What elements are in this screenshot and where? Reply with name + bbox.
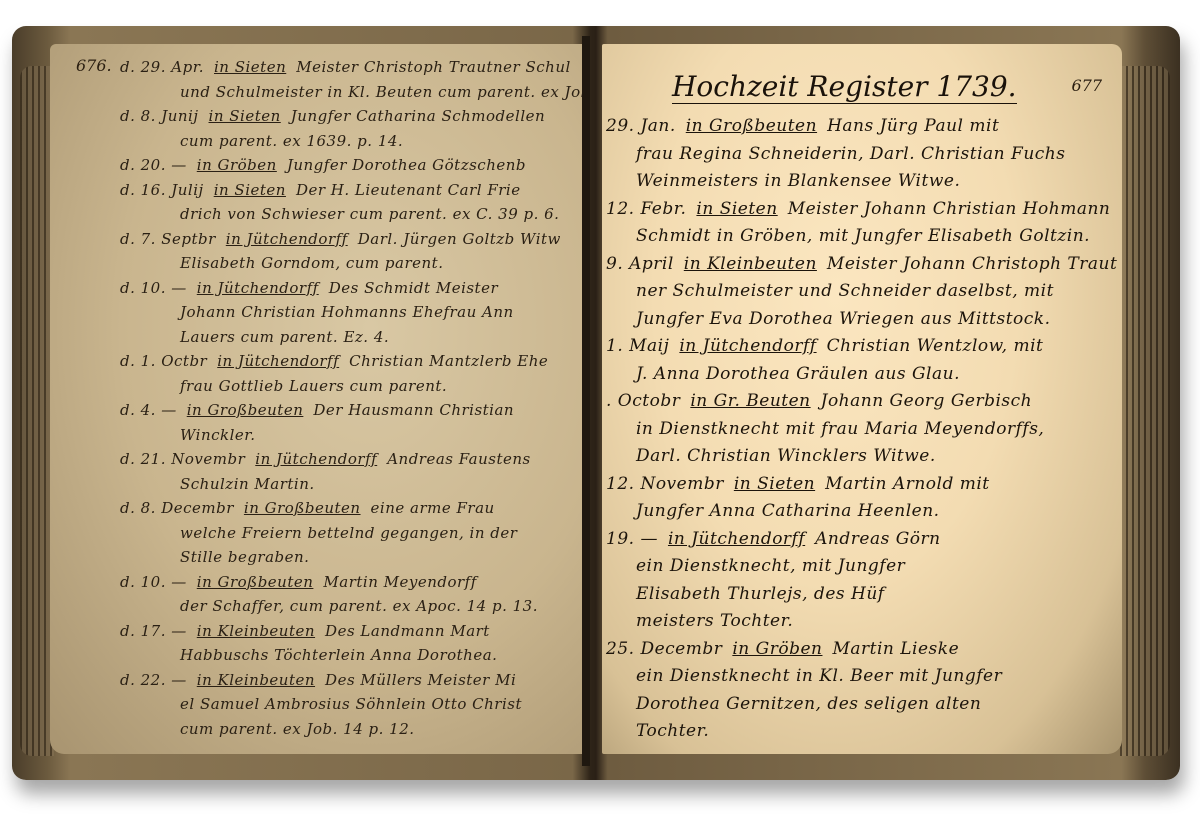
register-entry-line: d. 22. —in KleinbeutenDes Müllers Meiste… — [120, 671, 516, 689]
entry-text: Jungfer Eva Dorothea Wriegen aus Mittsto… — [636, 309, 1051, 329]
entry-date: d. 17. — — [120, 622, 187, 640]
right-page-number: 677 — [1071, 76, 1102, 95]
entry-text: ein Dienstknecht in Kl. Beer mit Jungfer — [636, 666, 1002, 686]
entry-place: in Sieten — [209, 107, 281, 125]
register-entry-line: Habbuschs Töchterlein Anna Dorothea. — [180, 646, 497, 664]
entry-date: 19. — — [606, 529, 658, 549]
register-entry-line: el Samuel Ambrosius Söhnlein Otto Christ — [180, 695, 522, 713]
entry-text: Martin Arnold mit — [825, 474, 990, 494]
entry-text: eine arme Frau — [371, 499, 495, 517]
entry-text: Johann Georg Gerbisch — [821, 391, 1033, 411]
entry-text: Schulzin Martin. — [180, 475, 315, 493]
register-entry-line: d. 10. —in JütchendorffDes Schmidt Meist… — [120, 279, 498, 297]
register-entry-line: Stille begraben. — [180, 548, 309, 566]
entry-text: Des Müllers Meister Mi — [325, 671, 516, 689]
entry-date: 1. Maij — [606, 336, 669, 356]
entry-text: Darl. Christian Wincklers Witwe. — [636, 446, 936, 466]
entry-date: 29. Jan. — [606, 116, 676, 136]
register-entry-line: Elisabeth Thurlejs, des Hüf — [636, 584, 885, 604]
register-entry-line: ein Dienstknecht, mit Jungfer — [636, 556, 905, 576]
left-page-edges — [20, 66, 54, 756]
entry-text: J. Anna Dorothea Gräulen aus Glau. — [636, 364, 960, 384]
register-entry-line: Schmidt in Gröben, mit Jungfer Elisabeth… — [636, 226, 1090, 246]
register-entry-line: drich von Schwieser cum parent. ex C. 39… — [180, 205, 559, 223]
entry-place: in Sieten — [214, 181, 286, 199]
register-entry-line: 12. Novembrin SietenMartin Arnold mit — [606, 474, 990, 494]
register-entry-line: der Schaffer, cum parent. ex Apoc. 14 p.… — [180, 597, 538, 615]
left-page: 676. d. 29. Apr.in SietenMeister Christo… — [50, 44, 584, 754]
register-entry-line: d. 17. —in KleinbeutenDes Landmann Mart — [120, 622, 490, 640]
entry-text: Andreas Görn — [815, 529, 940, 549]
register-entry-line: Elisabeth Gorndom, cum parent. — [180, 254, 443, 272]
entry-place: in Großbeuten — [197, 573, 314, 591]
register-entry-line: Jungfer Anna Catharina Heenlen. — [636, 501, 940, 521]
entry-text: Habbuschs Töchterlein Anna Dorothea. — [180, 646, 497, 664]
register-entry-line: d. 20. —in GröbenJungfer Dorothea Götzsc… — [120, 156, 526, 174]
entry-text: Schmidt in Gröben, mit Jungfer Elisabeth… — [636, 226, 1090, 246]
entry-date: d. 20. — — [120, 156, 187, 174]
entry-text: Meister Johann Christoph Traut — [827, 254, 1117, 274]
entry-text: Jungfer Anna Catharina Heenlen. — [636, 501, 940, 521]
open-book: 676. d. 29. Apr.in SietenMeister Christo… — [12, 26, 1180, 780]
entry-place: in Jütchendorff — [255, 450, 377, 468]
entry-text: Christian Wentzlow, mit — [827, 336, 1044, 356]
entry-text: Martin Lieske — [832, 639, 959, 659]
entry-text: Tochter. — [636, 721, 709, 741]
entry-text: frau Regina Schneiderin, Darl. Christian… — [636, 144, 1065, 164]
entry-place: in Jütchendorff — [668, 529, 805, 549]
register-entry-line: d. 29. Apr.in SietenMeister Christoph Tr… — [120, 58, 571, 76]
entry-text: der Schaffer, cum parent. ex Apoc. 14 p.… — [180, 597, 538, 615]
entry-place: in Kleinbeuten — [197, 671, 315, 689]
entry-text: Andreas Faustens — [387, 450, 531, 468]
register-entry-line: 9. Aprilin KleinbeutenMeister Johann Chr… — [606, 254, 1117, 274]
register-entry-line: d. 4. —in GroßbeutenDer Hausmann Christi… — [120, 401, 514, 419]
entry-text: Stille begraben. — [180, 548, 309, 566]
register-entry-line: d. 21. Novembrin JütchendorffAndreas Fau… — [120, 450, 531, 468]
entry-place: in Gr. Beuten — [690, 391, 810, 411]
entry-text: ein Dienstknecht, mit Jungfer — [636, 556, 905, 576]
entry-text: drich von Schwieser cum parent. ex C. 39… — [180, 205, 559, 223]
entry-place: in Gröben — [732, 639, 822, 659]
entry-text: Der Hausmann Christian — [313, 401, 514, 419]
entry-text: Darl. Jürgen Goltzb Witw — [358, 230, 561, 248]
entry-place: in Gröben — [197, 156, 277, 174]
register-entry-line: 12. Febr.in SietenMeister Johann Christi… — [606, 199, 1110, 219]
register-entry-line: d. 7. Septbrin JütchendorffDarl. Jürgen … — [120, 230, 561, 248]
entry-place: in Jütchendorff — [217, 352, 339, 370]
register-entry-line: Johann Christian Hohmanns Ehefrau Ann — [180, 303, 514, 321]
register-entry-line: meisters Tochter. — [636, 611, 793, 631]
register-entry-line: und Schulmeister in Kl. Beuten cum paren… — [180, 83, 584, 101]
entry-place: in Kleinbeuten — [197, 622, 315, 640]
register-entry-line: Darl. Christian Wincklers Witwe. — [636, 446, 936, 466]
entry-text: Hans Jürg Paul mit — [827, 116, 999, 136]
entry-date: d. 7. Septbr — [120, 230, 216, 248]
register-entry-line: cum parent. ex 1639. p. 14. — [180, 132, 403, 150]
entry-date: d. 8. Decembr — [120, 499, 234, 517]
entry-place: in Jütchendorff — [226, 230, 348, 248]
register-entry-line: Weinmeisters in Blankensee Witwe. — [636, 171, 960, 191]
entry-date: d. 22. — — [120, 671, 187, 689]
entry-text: ner Schulmeister und Schneider daselbst,… — [636, 281, 1054, 301]
register-entry-line: . Octobrin Gr. BeutenJohann Georg Gerbis… — [606, 391, 1032, 411]
entry-place: in Großbeuten — [244, 499, 361, 517]
register-entry-line: Winckler. — [180, 426, 256, 444]
right-page: Hochzeit Register 1739. 677 29. Jan.in G… — [602, 44, 1122, 754]
entry-text: Der H. Lieutenant Carl Frie — [296, 181, 521, 199]
register-entry-line: frau Gottlieb Lauers cum parent. — [180, 377, 447, 395]
entry-text: Lauers cum parent. Ez. 4. — [180, 328, 389, 346]
entry-date: . Octobr — [606, 391, 680, 411]
entry-date: 12. Febr. — [606, 199, 686, 219]
register-entry-line: Dorothea Gernitzen, des seligen alten — [636, 694, 981, 714]
register-entry-line: welche Freiern bettelnd gegangen, in der — [180, 524, 517, 542]
entry-date: d. 4. — — [120, 401, 177, 419]
entry-date: 9. April — [606, 254, 674, 274]
entry-date: 12. Novembr — [606, 474, 724, 494]
left-page-number: 676. — [76, 56, 112, 75]
entry-text: welche Freiern bettelnd gegangen, in der — [180, 524, 517, 542]
entry-text: el Samuel Ambrosius Söhnlein Otto Christ — [180, 695, 522, 713]
entry-text: Weinmeisters in Blankensee Witwe. — [636, 171, 960, 191]
register-entry-line: 19. —in JütchendorffAndreas Görn — [606, 529, 941, 549]
register-entry-line: Tochter. — [636, 721, 709, 741]
entry-text: meisters Tochter. — [636, 611, 793, 631]
entry-text: Dorothea Gernitzen, des seligen alten — [636, 694, 981, 714]
entry-date: d. 29. Apr. — [120, 58, 204, 76]
entry-text: Des Schmidt Meister — [329, 279, 498, 297]
entry-text: Meister Christoph Trautner Schul — [296, 58, 571, 76]
entry-text: Jungfer Dorothea Götzschenb — [287, 156, 526, 174]
entry-date: d. 10. — — [120, 279, 187, 297]
entry-text: Elisabeth Gorndom, cum parent. — [180, 254, 443, 272]
register-entry-line: Lauers cum parent. Ez. 4. — [180, 328, 389, 346]
entry-text: cum parent. ex Job. 14 p. 12. — [180, 720, 415, 738]
entry-text: frau Gottlieb Lauers cum parent. — [180, 377, 447, 395]
entry-date: d. 16. Julij — [120, 181, 204, 199]
register-heading: Hochzeit Register 1739. — [672, 70, 1017, 104]
entry-text: Christian Mantzlerb Ehe — [349, 352, 548, 370]
entry-date: 25. Decembr — [606, 639, 722, 659]
right-page-edges — [1120, 66, 1170, 756]
entry-text: Jungfer Catharina Schmodellen — [291, 107, 545, 125]
register-entry-line: Schulzin Martin. — [180, 475, 315, 493]
register-entry-line: Jungfer Eva Dorothea Wriegen aus Mittsto… — [636, 309, 1051, 329]
register-entry-line: d. 1. Octbrin JütchendorffChristian Mant… — [120, 352, 548, 370]
register-entry-line: cum parent. ex Job. 14 p. 12. — [180, 720, 415, 738]
entry-place: in Jütchendorff — [679, 336, 816, 356]
entry-text: Des Landmann Mart — [325, 622, 490, 640]
entry-place: in Großbeuten — [187, 401, 304, 419]
entry-date: d. 8. Junij — [120, 107, 199, 125]
entry-place: in Jütchendorff — [197, 279, 319, 297]
entry-text: Elisabeth Thurlejs, des Hüf — [636, 584, 885, 604]
entry-text: cum parent. ex 1639. p. 14. — [180, 132, 403, 150]
entry-text: und Schulmeister in Kl. Beuten cum paren… — [180, 83, 584, 101]
entry-place: in Sieten — [696, 199, 777, 219]
register-entry-line: d. 10. —in GroßbeutenMartin Meyendorff — [120, 573, 477, 591]
entry-text: Johann Christian Hohmanns Ehefrau Ann — [180, 303, 514, 321]
entry-place: in Großbeuten — [686, 116, 817, 136]
register-entry-line: ner Schulmeister und Schneider daselbst,… — [636, 281, 1054, 301]
register-entry-line: 25. Decembrin GröbenMartin Lieske — [606, 639, 959, 659]
entry-text: in Dienstknecht mit frau Maria Meyendorf… — [636, 419, 1044, 439]
entry-text: Winckler. — [180, 426, 256, 444]
book-spine — [582, 36, 590, 766]
entry-text: Meister Johann Christian Hohmann — [788, 199, 1111, 219]
register-entry-line: 29. Jan.in GroßbeutenHans Jürg Paul mit — [606, 116, 999, 136]
register-entry-line: ein Dienstknecht in Kl. Beer mit Jungfer — [636, 666, 1002, 686]
entry-date: d. 1. Octbr — [120, 352, 207, 370]
register-entry-line: frau Regina Schneiderin, Darl. Christian… — [636, 144, 1065, 164]
register-entry-line: d. 16. Julijin SietenDer H. Lieutenant C… — [120, 181, 521, 199]
register-entry-line: in Dienstknecht mit frau Maria Meyendorf… — [636, 419, 1044, 439]
entry-date: d. 10. — — [120, 573, 187, 591]
entry-place: in Kleinbeuten — [684, 254, 817, 274]
register-entry-line: 1. Maijin JütchendorffChristian Wentzlow… — [606, 336, 1043, 356]
register-entry-line: J. Anna Dorothea Gräulen aus Glau. — [636, 364, 960, 384]
entry-date: d. 21. Novembr — [120, 450, 245, 468]
register-entry-line: d. 8. Decembrin Großbeuteneine arme Frau — [120, 499, 495, 517]
entry-place: in Sieten — [214, 58, 286, 76]
register-entry-line: d. 8. Junijin SietenJungfer Catharina Sc… — [120, 107, 545, 125]
entry-place: in Sieten — [734, 474, 815, 494]
entry-text: Martin Meyendorff — [323, 573, 476, 591]
